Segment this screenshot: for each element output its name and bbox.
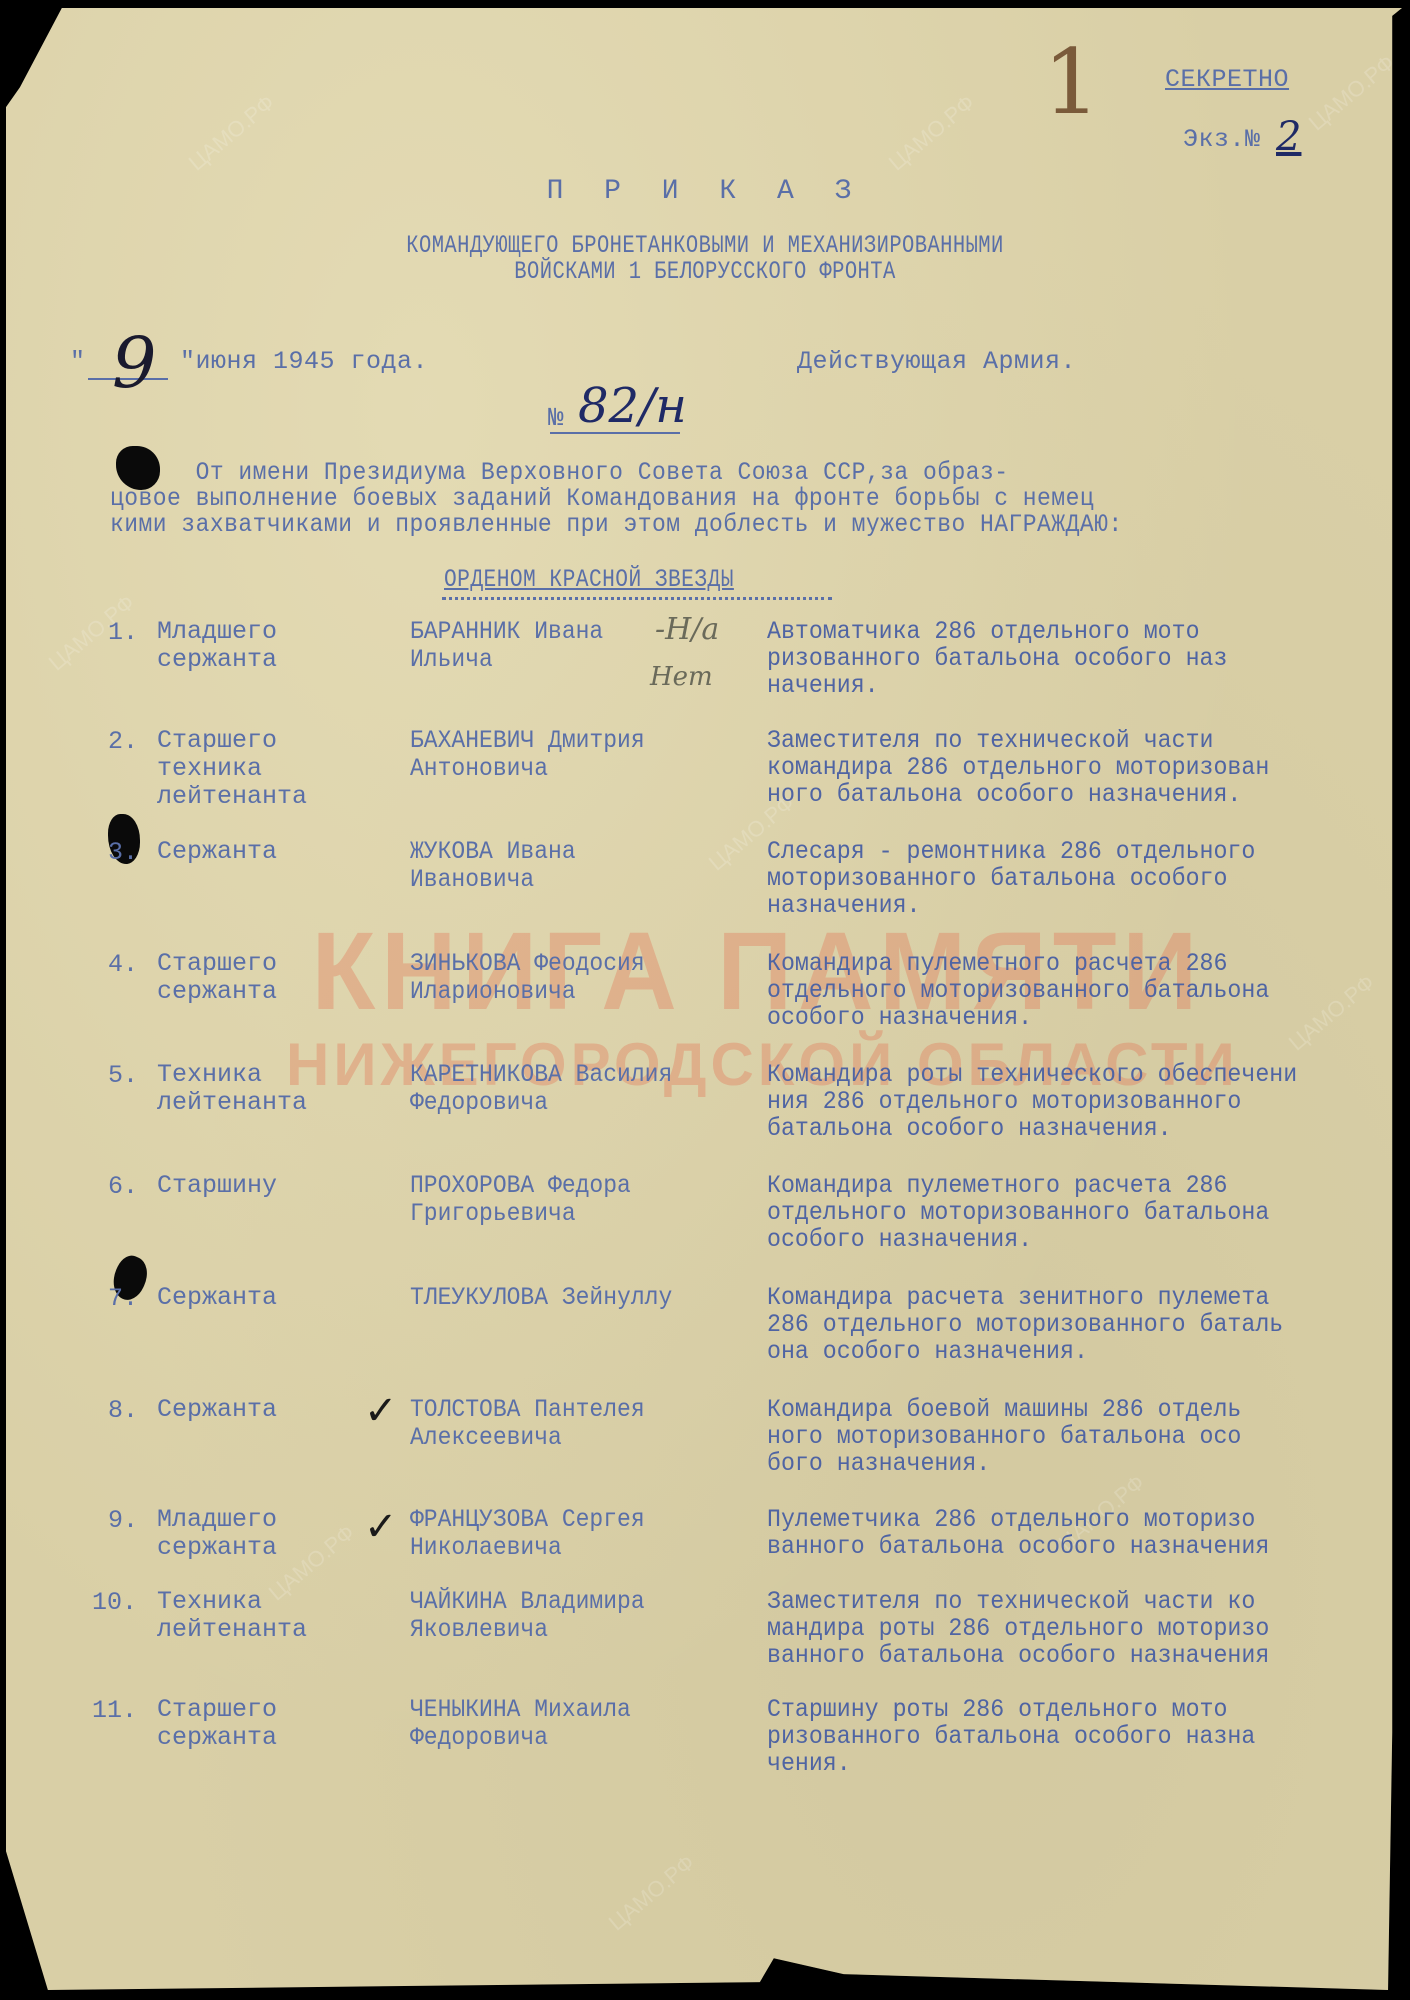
margin-note: Нет (650, 662, 713, 692)
awardee-position: Слесаря - ремонтника 286 отдельного мото… (767, 838, 1255, 919)
awardee-number: 6. (108, 1172, 138, 1201)
page-number-handwritten: 1 (1043, 30, 1100, 135)
awardee-name: ФРАНЦУЗОВА Сергея Николаевича (410, 1506, 645, 1562)
copy-number-handwritten: 2 (1276, 114, 1301, 160)
date-text: "июня 1945 года. (180, 348, 428, 376)
awardee-rank: Техника лейтенанта (157, 1588, 307, 1644)
awardee-rank: Старшего сержанта (157, 950, 277, 1006)
preamble: От имени Президиума Верховного Совета Со… (110, 460, 1211, 538)
order-number-handwritten: 82/н (578, 378, 687, 434)
awardee-number: 1. (108, 618, 138, 647)
awardee-name: ТОЛСТОВА Пантелея Алексеевича (410, 1396, 645, 1452)
awardee-rank: Сержанта (157, 838, 277, 866)
awardee-number: 4. (108, 950, 138, 979)
awardee-rank: Старшину (157, 1172, 277, 1200)
awardee-number: 3. (108, 838, 138, 867)
awardee-rank: Техника лейтенанта (157, 1061, 307, 1117)
awardee-rank: Младшего сержанта (157, 618, 277, 674)
awardee-number: 7. (108, 1284, 138, 1313)
awardee-number: 10. (92, 1588, 137, 1617)
margin-note: -Н/а (655, 612, 719, 647)
awardee-rank: Старшего техника лейтенанта (157, 727, 307, 811)
awardee-name: ПРОХОРОВА Федора Григорьевича (410, 1172, 631, 1228)
awardee-name: ТЛЕУКУЛОВА Зейнуллу (410, 1284, 672, 1312)
checkmark-icon: ✓ (364, 1388, 398, 1434)
preamble-line: цовое выполнение боевых заданий Командов… (110, 486, 1123, 512)
awardee-rank: Старшего сержанта (157, 1696, 277, 1752)
awardee-number: 9. (108, 1506, 138, 1535)
awardee-number: 2. (108, 727, 138, 756)
copy-label: Экз.№ (1183, 126, 1261, 154)
awardee-name: ЖУКОВА Ивана Ивановича (410, 838, 576, 894)
award-heading: ОРДЕНОМ КРАСНОЙ ЗВЕЗДЫ (444, 566, 734, 594)
document-subtitle-line1: КОМАНДУЮЩЕГО БРОНЕТАНКОВЫМИ И МЕХАНИЗИРО… (127, 232, 1283, 260)
date-open-quote: " (70, 348, 86, 376)
date-day-handwritten: 9 (112, 322, 157, 404)
awardee-position: Автоматчика 286 отдельного мото ризованн… (767, 618, 1227, 699)
awardee-name: ЧАЙКИНА Владимира Яковлевича (410, 1588, 645, 1644)
awardee-rank: Младшего сержанта (157, 1506, 277, 1562)
award-heading-underline (442, 597, 832, 600)
awardee-position: Командира боевой машины 286 отдель ного … (767, 1396, 1241, 1477)
awardee-position: Командира пулеметного расчета 286 отдель… (767, 950, 1269, 1031)
awardee-number: 11. (92, 1696, 137, 1725)
awardee-position: Командира расчета зенитного пулемета 286… (767, 1284, 1283, 1365)
preamble-line: От имени Президиума Верховного Совета Со… (110, 460, 1123, 486)
location-text: Действующая Армия. (797, 348, 1076, 376)
awardee-name: БАРАННИК Ивана Ильича (410, 618, 603, 674)
checkmark-icon: ✓ (364, 1504, 398, 1550)
document-title: П Р И К А З (0, 178, 1410, 206)
awardee-position: Пулеметчика 286 отдельного моторизо ванн… (767, 1506, 1269, 1560)
document-subtitle-line2: ВОЙСКАМИ 1 БЕЛОРУССКОГО ФРОНТА (127, 258, 1283, 286)
awardee-rank: Сержанта (157, 1284, 277, 1312)
awardee-position: Старшину роты 286 отдельного мото ризова… (767, 1696, 1255, 1777)
classification-stamp: СЕКРЕТНО (1165, 66, 1289, 94)
order-number-prefix: № (548, 404, 564, 432)
awardee-position: Командира пулеметного расчета 286 отдель… (767, 1172, 1269, 1253)
awardee-number: 5. (108, 1061, 138, 1090)
preamble-line: кими захватчиками и проявленные при этом… (110, 512, 1123, 538)
awardee-rank: Сержанта (157, 1396, 277, 1424)
awardee-name: ЧЕНЫКИНА Михаила Федоровича (410, 1696, 631, 1752)
awardee-position: Заместителя по технической части команди… (767, 727, 1269, 808)
awardee-name: ЗИНЬКОВА Феодосия Иларионовича (410, 950, 645, 1006)
awardee-name: БАХАНЕВИЧ Дмитрия Антоновича (410, 727, 645, 783)
awardee-position: Командира роты технического обеспечени н… (767, 1061, 1297, 1142)
order-number-underline (550, 432, 680, 434)
awardee-position: Заместителя по технической части ко манд… (767, 1588, 1269, 1669)
awardee-name: КАРЕТНИКОВА Василия Федоровича (410, 1061, 672, 1117)
awardee-number: 8. (108, 1396, 138, 1425)
